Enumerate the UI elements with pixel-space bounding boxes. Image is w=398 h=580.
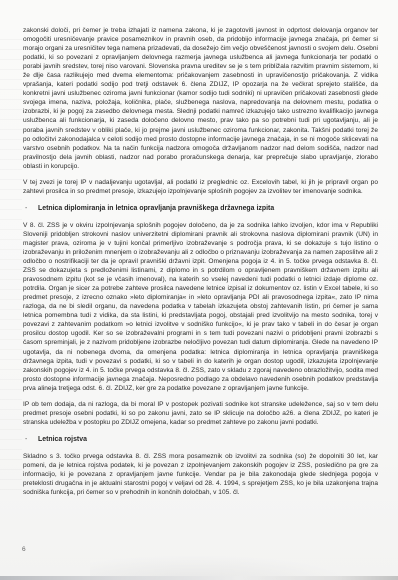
scan-bottom-edge	[0, 576, 398, 580]
section-heading-text: Letnica diplomiranja in letnica opravlja…	[38, 204, 274, 213]
page-number: 6	[22, 546, 26, 553]
scanned-document-page: zakonski določi, pri čemer je treba izha…	[0, 0, 398, 580]
section-heading-text: Letnica rojstva	[38, 435, 87, 444]
section-heading-graduation-exam-year: - Letnica diplomiranja in letnica opravl…	[23, 204, 378, 213]
bullet-dash-icon: -	[23, 204, 38, 213]
paragraph-age-condition: Skladno s 3. točko prvega odstavka 8. čl…	[23, 452, 378, 497]
paragraph-graduation-exam-conditions: V 8. čl. ZSS je v okviru izpolnjevanja s…	[23, 221, 378, 393]
bullet-dash-icon: -	[23, 435, 38, 444]
paragraph-ip-findings-intro: V tej zvezi je torej IP v nadaljevanju u…	[23, 178, 378, 196]
paragraph-public-officials-privacy: zakonski določi, pri čemer je treba izha…	[23, 26, 378, 171]
section-heading-birth-year: - Letnica rojstva	[23, 435, 378, 444]
paragraph-secondary-participation: IP ob tem dodaja, da ni razloga, da bi m…	[23, 400, 378, 427]
scan-bleed-through	[0, 30, 22, 490]
document-body: zakonski določi, pri čemer je treba izha…	[23, 26, 378, 497]
